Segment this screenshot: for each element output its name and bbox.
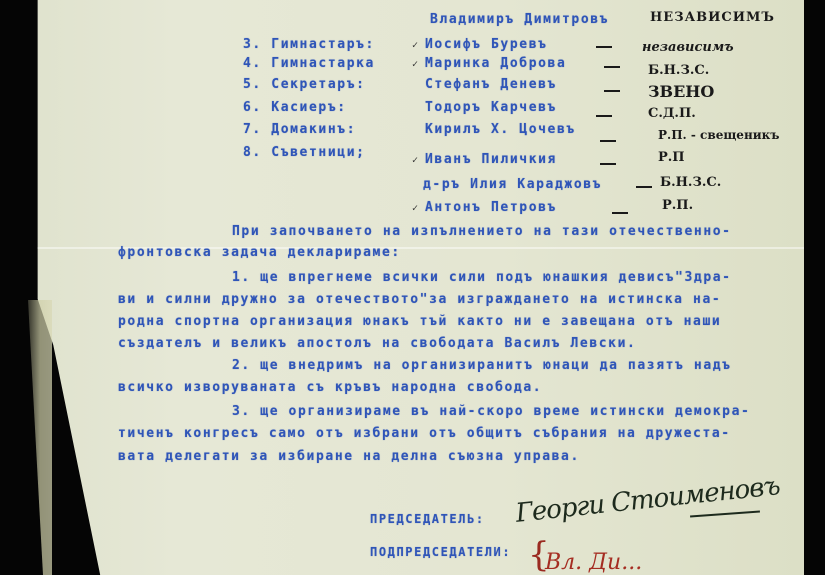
point-3-line: тиченъ конгресъ само отъ избрани отъ общ… xyxy=(118,426,731,441)
vice-chairmen-label: ПОДПРЕДСЕДАТЕЛИ: xyxy=(370,545,511,559)
roster-top-affiliation: НЕЗАВИСИМЪ xyxy=(650,10,775,25)
dash-separator xyxy=(604,66,620,68)
member-affiliation: Р.П. xyxy=(662,198,693,213)
intro-line-2: фронтовска задача декларираме: xyxy=(118,245,401,260)
dash-separator xyxy=(596,115,612,117)
member-affiliation: Р.П. - свещеникъ xyxy=(658,128,780,142)
role-label: 8. Съветници; xyxy=(243,145,366,160)
chairman-label: ПРЕДСЕДАТЕЛЬ: xyxy=(370,512,485,526)
point-1-line: 1. ще впрегнеме всички сили подъ юнашкия… xyxy=(232,270,732,285)
role-label: 7. Домакинъ: xyxy=(243,122,356,137)
member-affiliation: Б.Н.З.С. xyxy=(648,63,709,78)
dash-separator xyxy=(636,186,652,188)
check-mark-icon: ✓ xyxy=(412,203,418,214)
member-name: Иосифъ Буревъ xyxy=(425,37,548,52)
intro-line-1: При започването на изпълнението на тази … xyxy=(232,224,732,239)
point-3-line: вата делегати за избиране на делна съюзн… xyxy=(118,449,580,464)
check-mark-icon: ✓ xyxy=(412,59,418,70)
point-1-line: създателъ и великъ апостолъ на свободата… xyxy=(118,336,636,351)
role-label: 5. Секретаръ: xyxy=(243,77,366,92)
point-1-line: ви и силни дружно за отечеството"за изгр… xyxy=(118,292,721,307)
roster-top-name: Владимиръ Димитровъ xyxy=(430,12,609,27)
dash-separator xyxy=(600,163,616,165)
member-affiliation: Б.Н.З.С. xyxy=(660,175,721,190)
point-3-line: 3. ще организираме въ най-скоро време ис… xyxy=(232,404,750,419)
member-name: Тодоръ Карчевъ xyxy=(425,100,557,115)
role-label: 4. Гимнастарка xyxy=(243,56,375,71)
member-name: Маринка Доброва xyxy=(425,56,566,71)
vice-chairman-signature: Вл. Ди... xyxy=(545,550,642,575)
member-name: Стефанъ Деневъ xyxy=(425,77,557,92)
check-mark-icon: ✓ xyxy=(412,40,418,51)
dash-separator xyxy=(600,140,616,142)
member-affiliation: Р.П xyxy=(658,150,685,165)
point-2-line: 2. ще внедримъ на организиранитъ юнаци д… xyxy=(232,358,732,373)
role-label: 3. Гимнастаръ: xyxy=(243,37,375,52)
member-name: Антонъ Петровъ xyxy=(425,200,557,215)
member-affiliation: ЗВЕНО xyxy=(648,82,714,101)
paper-edge xyxy=(22,300,52,575)
member-affiliation: С.Д.П. xyxy=(648,106,696,121)
dash-separator xyxy=(612,212,628,214)
member-name: Иванъ Пиличкия xyxy=(425,152,557,167)
point-2-line: всичко изворуваната съ кръвъ народна сво… xyxy=(118,380,542,395)
member-affiliation: независимъ xyxy=(642,40,734,55)
dash-separator xyxy=(604,90,620,92)
point-1-line: родна спортна организация юнакъ тъй какт… xyxy=(118,314,721,329)
member-name: д-ръ Илия Караджовъ xyxy=(423,177,602,192)
member-name: Кирилъ Х. Цочевъ xyxy=(425,122,576,137)
check-mark-icon: ✓ xyxy=(412,155,418,166)
dash-separator xyxy=(596,46,612,48)
role-label: 6. Касиеръ: xyxy=(243,100,347,115)
